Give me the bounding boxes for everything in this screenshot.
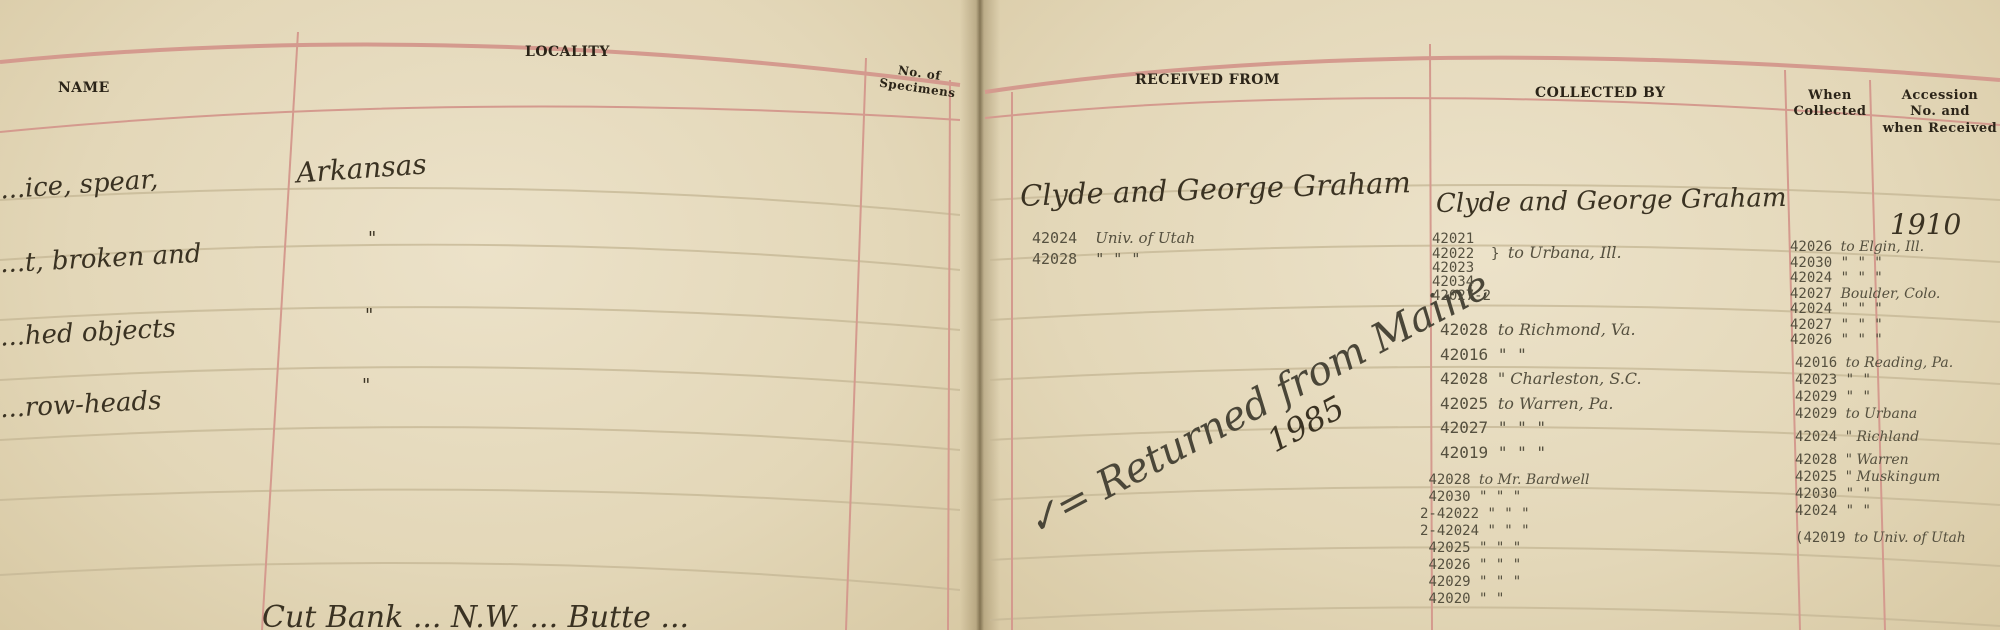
collected-entry: 42016 " " [1440, 343, 1642, 368]
received-note: 42028 " " " [1032, 249, 1195, 270]
received-note: 42024 Univ. of Utah [1032, 228, 1195, 249]
accession-entry: 42024 " Richland [1795, 429, 1966, 446]
received-notes: 42024 Univ. of Utah 42028 " " " [1032, 228, 1195, 270]
accession-entry: 42023 " " [1795, 372, 1966, 389]
header-collected-by: COLLECTED BY [1535, 85, 1666, 103]
collected-entry: 42022 } to Urbana, Ill. [1432, 246, 1622, 261]
collected-entries: 42021 42022 } to Urbana, Ill. 42023 4203… [1432, 232, 1622, 303]
accession-entries: 42026 to Elgin, Ill. 42030 " " " 42024 "… [1790, 240, 1940, 349]
accession-entry: 42026 to Elgin, Ill. [1790, 240, 1940, 256]
year-received: 1910 [1890, 208, 1961, 241]
accession-entry: 42024 " " " [1790, 271, 1940, 287]
collected-entry: 42029 " " " [1420, 574, 1589, 591]
accession-entry: 42029 " " [1795, 389, 1966, 406]
header-when-collected: When Collected [1790, 88, 1870, 121]
header-received-from: RECEIVED FROM [1135, 72, 1280, 90]
collected-entry: 42027 " " " [1440, 416, 1642, 441]
accession-entry: 42027 " " " [1790, 318, 1940, 334]
accession-entry: 42028 " Warren [1795, 452, 1966, 469]
accession-entry: 42029 to Urbana [1795, 406, 1966, 423]
header-locality: LOCALITY [525, 44, 610, 62]
header-accession: Accession No. and when Received [1875, 88, 2000, 137]
collected-by-value: Clyde and George Graham [1436, 183, 1787, 219]
accession-entry: 42030 " " " [1790, 256, 1940, 272]
collected-entry: 42028 to Mr. Bardwell [1420, 472, 1589, 489]
accession-entry: 42030 " " [1795, 486, 1966, 503]
collected-entries-list-2: 42028 to Mr. Bardwell 42030 " " " 2-4202… [1420, 472, 1589, 608]
header-when-line2: Collected [1790, 104, 1870, 120]
collected-entry: 42028 " Charleston, S.C. [1440, 367, 1642, 392]
row-locality: " [365, 305, 373, 326]
collected-entry: 2-42022 " " " [1420, 506, 1589, 523]
header-when-line1: When [1790, 88, 1870, 104]
accession-entry: 42026 " " " [1790, 333, 1940, 349]
accession-entry: (42019 to Univ. of Utah [1795, 530, 1966, 547]
ledger-rules [0, 0, 2000, 630]
accession-entry: 42027 Boulder, Colo. [1790, 287, 1940, 303]
bottom-note: Cut Bank ... N.W. ... Butte ... [262, 600, 689, 630]
collected-entry: 42019 " " " [1440, 441, 1642, 466]
accession-entry: 42024 " " [1795, 503, 1966, 520]
header-accession-line3: when Received [1875, 121, 2000, 137]
collected-entry: 2-42024 " " " [1420, 523, 1589, 540]
collected-entry: 42028 to Richmond, Va. [1440, 318, 1642, 343]
accession-entry: 42024 " " " [1790, 302, 1940, 318]
header-accession-line1: Accession [1875, 88, 2000, 104]
collected-entry: 42025 to Warren, Pa. [1440, 392, 1642, 417]
row-locality: " [368, 228, 376, 249]
row-locality: " [362, 375, 370, 396]
collected-entry: 42026 " " " [1420, 557, 1589, 574]
collected-entry: 42020 " " [1420, 591, 1589, 608]
header-accession-line2: No. and [1875, 104, 2000, 120]
accession-entry: 42016 to Reading, Pa. [1795, 355, 1966, 372]
collected-entry: 42030 " " " [1420, 489, 1589, 506]
collected-entries-list: 42028 to Richmond, Va. 42016 " " 42028 "… [1440, 318, 1642, 465]
accession-entries-2: 42016 to Reading, Pa. 42023 " " 42029 " … [1795, 355, 1966, 547]
accession-entry: 42025 " Muskingum [1795, 469, 1966, 486]
collected-entry: 42025 " " " [1420, 540, 1589, 557]
header-name: NAME [58, 80, 110, 98]
